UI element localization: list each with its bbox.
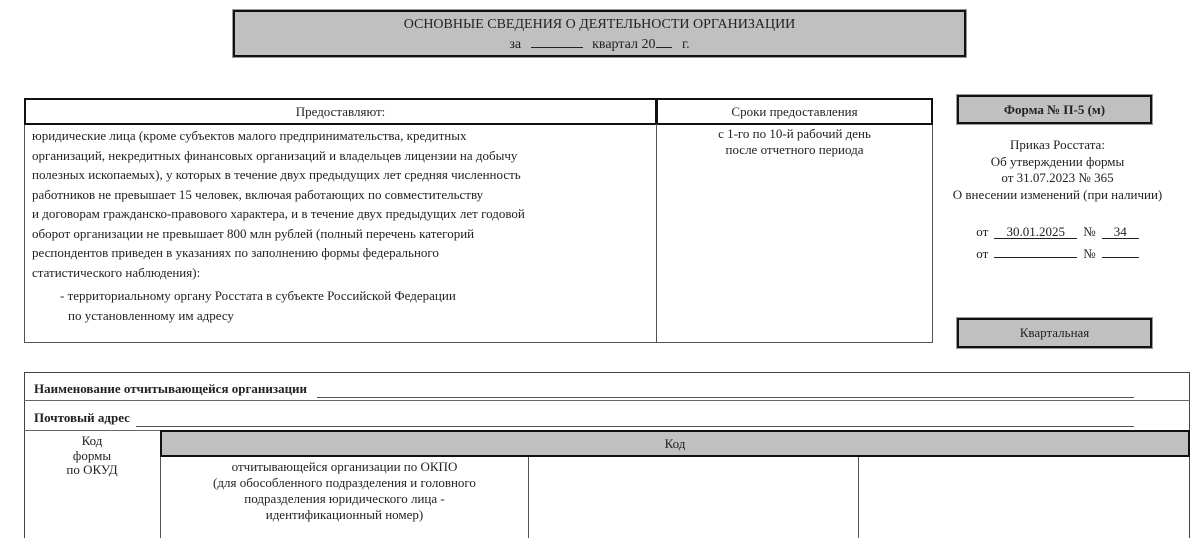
recipient-line: - территориальному органу Росстата в суб… xyxy=(60,286,650,306)
order-line: от 31.07.2023 № 365 xyxy=(925,170,1190,187)
reporting-period: за квартал 20 г. xyxy=(235,34,964,54)
column-divider xyxy=(656,124,657,343)
providers-text: юридические лица (кроме субъектов малого… xyxy=(32,126,652,282)
okpo-label-line: подразделения юридического лица - xyxy=(160,491,529,507)
extra-code-field[interactable] xyxy=(859,457,1189,538)
okpo-label: отчитывающейся организации по ОКПО (для … xyxy=(160,457,529,523)
providers-line: юридические лица (кроме субъектов малого… xyxy=(32,126,652,146)
okud-code-label: Код формы по ОКУД xyxy=(24,434,160,478)
from-label: от xyxy=(976,222,988,241)
form-title: ОСНОВНЫЕ СВЕДЕНИЯ О ДЕЯТЕЛЬНОСТИ ОРГАНИЗ… xyxy=(235,16,964,34)
okpo-label-line: идентификационный номер) xyxy=(160,507,529,523)
org-name-label: Наименование отчитывающейся организации xyxy=(34,380,307,398)
providers-line: статистического наблюдения): xyxy=(32,263,652,283)
okud-label-line: по ОКУД xyxy=(24,463,160,478)
number-label: № xyxy=(1083,222,1095,241)
recipient-line: по установленному им адресу xyxy=(60,306,650,326)
deadline-line: с 1-го по 10-й рабочий день xyxy=(658,126,931,142)
okpo-label-line: (для обособленного подразделения и голов… xyxy=(160,475,529,491)
period-suffix: г. xyxy=(682,37,690,52)
org-name-row: Наименование отчитывающейся организации xyxy=(34,376,1134,398)
period-quarter-label: квартал 20 xyxy=(592,37,655,52)
form-number-box: Форма № П-5 (м) xyxy=(957,95,1152,124)
amendments: от 30.01.2025 № 34 от № xyxy=(925,222,1190,263)
year-field[interactable] xyxy=(656,34,672,48)
row-divider xyxy=(24,400,1190,401)
providers-line: и договорам гражданско-правового характе… xyxy=(32,204,652,224)
period-prefix: за xyxy=(509,37,521,52)
order-info: Приказ Росстата: Об утверждении формы от… xyxy=(925,137,1190,203)
providers-line: работников не превышает 15 человек, вклю… xyxy=(32,185,652,205)
postal-address-label: Почтовый адрес xyxy=(34,409,130,427)
providers-line: организаций, некредитных финансовых орга… xyxy=(32,146,652,166)
order-line: Приказ Росстата: xyxy=(925,137,1190,154)
row-divider xyxy=(24,430,160,431)
org-name-field[interactable] xyxy=(317,381,1134,398)
deadline-line: после отчетного периода xyxy=(658,142,931,158)
postal-address-field[interactable] xyxy=(136,410,1134,427)
postal-address-row: Почтовый адрес xyxy=(34,405,1134,427)
amendment-date-field[interactable] xyxy=(994,241,1077,258)
amendment-row: от 30.01.2025 № 34 xyxy=(925,222,1190,241)
number-label: № xyxy=(1083,244,1095,263)
providers-line: оборот организации не превышает 800 млн … xyxy=(32,224,652,244)
quarter-field[interactable] xyxy=(531,34,583,48)
order-line: Об утверждении формы xyxy=(925,154,1190,171)
code-header: Код xyxy=(160,430,1190,457)
okud-label-line: Код xyxy=(24,434,160,449)
okpo-label-line: отчитывающейся организации по ОКПО xyxy=(160,459,529,475)
providers-line: полезных ископаемых), у которых в течени… xyxy=(32,165,652,185)
from-label: от xyxy=(976,244,988,263)
deadline-text: с 1-го по 10-й рабочий день после отчетн… xyxy=(658,126,931,158)
order-line: О внесении изменений (при наличии) xyxy=(925,187,1190,204)
amendment-row: от № xyxy=(925,241,1190,263)
recipient-text: - территориальному органу Росстата в суб… xyxy=(60,286,650,325)
providers-header: Предоставляют: xyxy=(24,98,657,125)
okpo-code-field[interactable] xyxy=(529,457,858,538)
amendment-number-field[interactable]: 34 xyxy=(1102,222,1139,239)
form-title-box: ОСНОВНЫЕ СВЕДЕНИЯ О ДЕЯТЕЛЬНОСТИ ОРГАНИЗ… xyxy=(233,10,966,57)
periodicity-box: Квартальная xyxy=(957,318,1152,348)
amendment-number-field[interactable] xyxy=(1102,241,1139,258)
providers-line: респондентов приведен в указаниях по зап… xyxy=(32,243,652,263)
amendment-date-field[interactable]: 30.01.2025 xyxy=(994,222,1077,239)
deadline-header: Сроки предоставления xyxy=(656,98,933,125)
okud-label-line: формы xyxy=(24,449,160,464)
